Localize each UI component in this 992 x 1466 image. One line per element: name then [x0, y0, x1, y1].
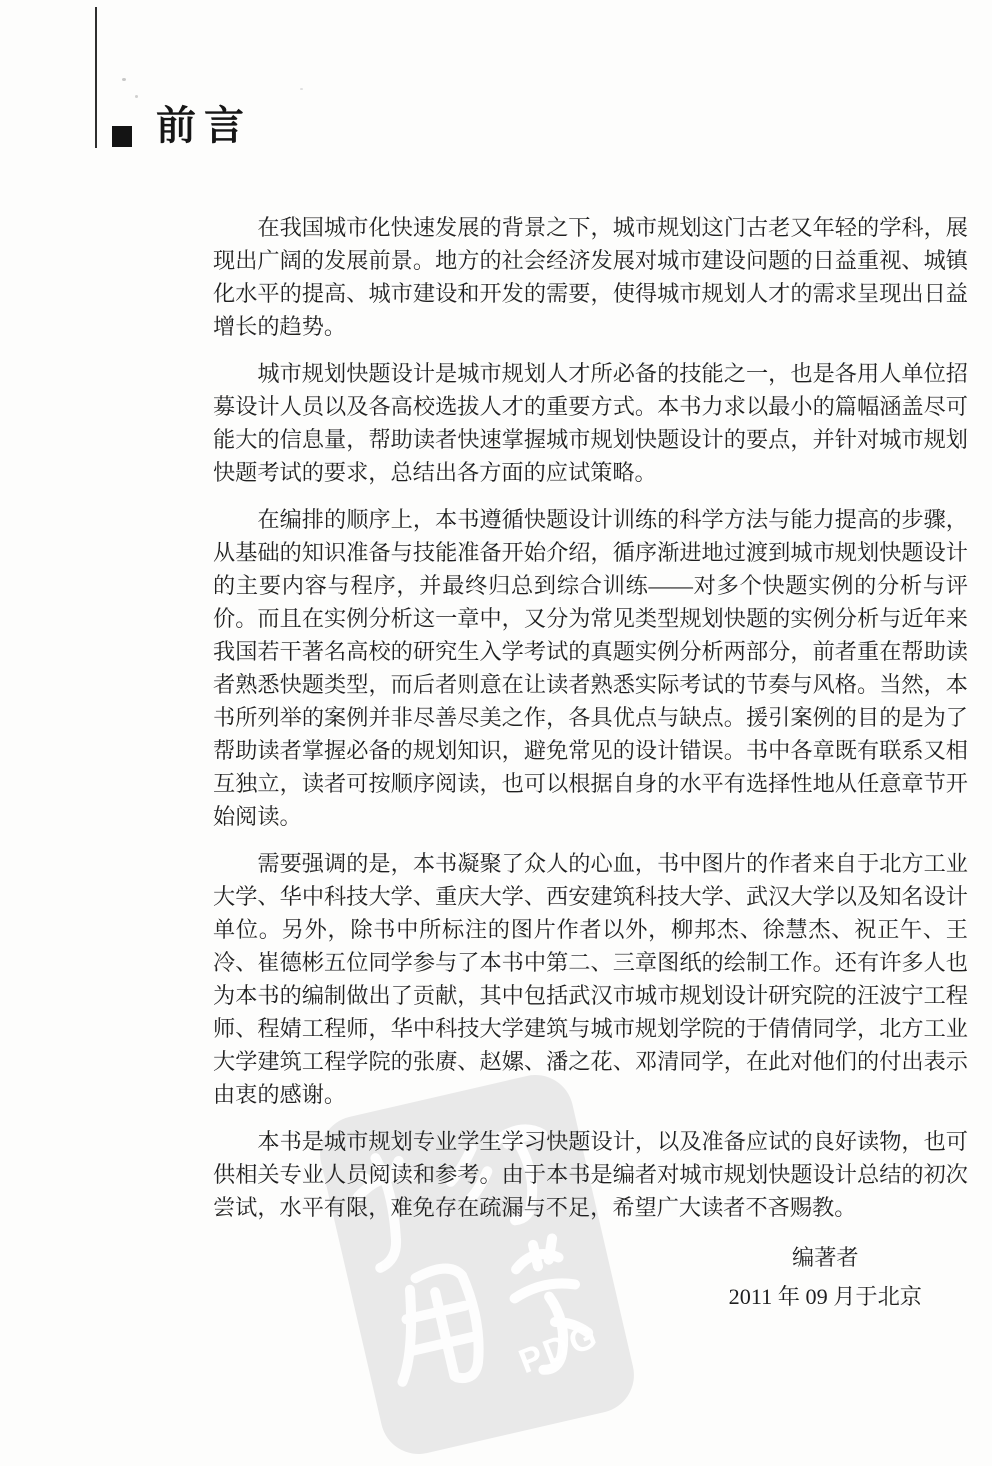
scan-speck [122, 78, 126, 81]
scan-edge-line [95, 7, 97, 148]
paragraph-3: 在编排的顺序上，本书遵循快题设计训练的科学方法与能力提高的步骤，从基础的知识准备… [213, 503, 968, 833]
preface-content: 在我国城市化快速发展的背景之下，城市规划这门古老又年轻的学科，展现出广阔的发展前… [213, 211, 968, 1224]
paragraph-5: 本书是城市规划专业学生学习快题设计，以及准备应试的良好读物，也可供相关专业人员阅… [213, 1125, 968, 1224]
paragraph-4: 需要强调的是，本书凝聚了众人的心血，书中图片的作者来自于北方工业大学、华中科技大… [213, 847, 968, 1111]
section-bullet-square-icon [112, 126, 132, 147]
scan-speck [135, 95, 138, 98]
signature-date: 2011 年 09 月于北京 [729, 1277, 922, 1316]
paragraph-2: 城市规划快题设计是城市规划人才所必备的技能之一，也是各用人单位招募设计人员以及各… [213, 357, 968, 489]
signature-author: 编著者 [729, 1238, 922, 1277]
scan-speck [300, 88, 303, 90]
book-page: 前言 PDG [0, 0, 992, 1466]
paragraph-1: 在我国城市化快速发展的背景之下，城市规划这门古老又年轻的学科，展现出广阔的发展前… [213, 211, 968, 343]
signature-block: 编著者 2011 年 09 月于北京 [729, 1238, 922, 1316]
page-title: 前言 [156, 104, 252, 148]
